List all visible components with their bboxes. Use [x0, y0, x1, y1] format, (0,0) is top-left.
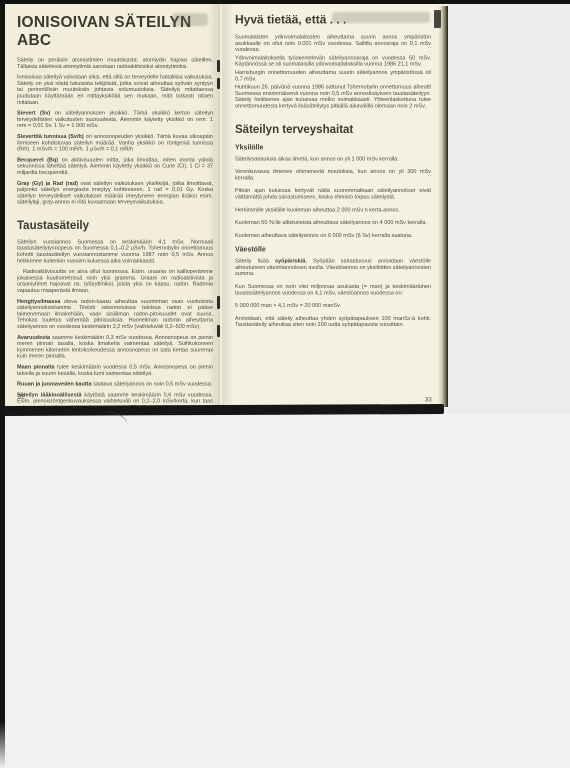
paragraph: Avaruudesta saamme keskimäärin 0,3 mSv v…: [17, 334, 213, 359]
paragraph: Säteilysairauksia alkaa ilmetä, kun anno…: [235, 156, 431, 162]
paragraph-lead: Hengitysilmassa: [17, 298, 60, 304]
paragraph-text: Säteilysairauksia alkaa ilmetä, kun anno…: [235, 156, 399, 162]
left-page: IONISOIVAN SÄTEILYN ABC Säteily on peräi…: [5, 4, 221, 407]
paragraph: Säteily lisää syöpäriskiä. Syöpään saira…: [235, 258, 431, 277]
paragraph: Suomalaisten ydinvoimalaitosten aiheutta…: [235, 34, 431, 53]
binding-mark: [217, 296, 220, 309]
paragraph: Becquerel (Bq) on aktiivisuuden mitta, j…: [17, 157, 213, 176]
subsection-heading-yksilolle: Yksilölle: [235, 143, 431, 151]
section-heading-taustasateily: Taustasäteily: [17, 218, 213, 232]
paragraph: Sievert (Sv) on säteilyannoksen yksikkö.…: [17, 110, 213, 129]
paragraph-lead: Gray (Gy) ja Rad (rad): [17, 180, 78, 186]
paragraph-text: Suomalaisten ydinvoimalaitosten aiheutta…: [235, 34, 431, 53]
paragraph: Verenkuvassa ilmenee ohimeneviä muutoksi…: [235, 169, 431, 182]
paragraph-lead: Maan pinnalta: [17, 364, 55, 370]
paragraph: Säteilyn vuosiannos Suomessa on keskimää…: [17, 239, 213, 264]
paragraph-text: 5 000 000 man × 4,1 mSv = 20 000 manSv.: [235, 303, 341, 309]
paragraph: Radioaktiivisuutta on aina ollut luonnos…: [17, 269, 213, 294]
paragraph-text: Pitkän ajan kuluessa kertyvät näitä suur…: [235, 188, 431, 200]
paragraph-lead: Sieverttiä tunnissa (Sv/h): [17, 133, 84, 139]
paragraph: Ionisoivaa säteilyä valvotaan siksi, ett…: [17, 74, 213, 105]
scan-mark: [434, 10, 441, 28]
paragraph-text: Herkimmille yksilöille kuoleman aiheutta…: [235, 207, 400, 213]
binding-mark: [217, 325, 220, 337]
right-page-text: Hyvä tietää, että . . . Suomalaisten ydi…: [235, 13, 431, 407]
subsection-heading-vaestolle: Väestölle: [235, 245, 431, 253]
scan-smudge: [172, 13, 208, 26]
paragraph: Kuoleman aiheuttava säteilyannos on 6 00…: [235, 232, 431, 238]
right-page: Hyvä tietää, että . . . Suomalaisten ydi…: [221, 4, 443, 407]
paragraph: Harrisburgin onnettomuuden aiheuttama su…: [235, 69, 431, 82]
section-heading-terveyshaitat: Säteilyn terveyshaitat: [235, 122, 431, 136]
paragraph-text: Ydinvoimalaitoksella työskentelevän säte…: [235, 55, 431, 67]
paragraph-lead: Becquerel (Bq): [17, 157, 58, 163]
binding-mark: [217, 78, 220, 89]
book-bottom-edge: [4, 404, 444, 416]
paragraph: Sieverttiä tunnissa (Sv/h) on annosnopeu…: [17, 133, 213, 152]
paragraph-lead: Avaruudesta: [17, 334, 50, 340]
paragraph: Ydinvoimalaitoksella työskentelevän säte…: [235, 55, 431, 68]
paragraph: Gray (Gy) ja Rad (rad) ovat säteilyn vai…: [17, 180, 213, 205]
book-scan: IONISOIVAN SÄTEILYN ABC Säteily on peräi…: [0, 0, 570, 768]
paragraph-text: Kuoleman aiheuttava säteilyannos on 6 00…: [235, 232, 413, 238]
paragraph-lead: Sievert (Sv): [17, 110, 50, 116]
paragraph-text: Harrisburgin onnettomuuden aiheuttama su…: [235, 69, 431, 81]
page-number: 33: [425, 396, 432, 403]
paragraph-text: Radioaktiivisuutta on aina ollut luonnos…: [17, 269, 213, 294]
paragraph-lead: Säteilyn lääkinnällisestä: [17, 392, 82, 398]
paragraph-text: Kun Suomessa on noin viisi miljoonaa asu…: [235, 284, 431, 296]
left-page-text: IONISOIVAN SÄTEILYN ABC Säteily on peräi…: [17, 13, 213, 407]
page-number: 32: [18, 393, 25, 400]
paragraph: Hengitysilmassa oleva radon-kaasu aiheut…: [17, 298, 213, 329]
paragraph-lead: Ruuan ja juomaveden kautta: [17, 381, 92, 387]
paragraph: Säteily on peräisin atomiytimien muutoks…: [17, 57, 213, 70]
paragraph: Maan pinnalta tulee keskimäärin vuodessa…: [17, 364, 213, 377]
paragraph-text: Ionisoivaa säteilyä valvotaan siksi, ett…: [17, 74, 213, 105]
scan-smudge: [332, 12, 430, 23]
paragraph-text: Huhtikuun 26. päivänä vuonna 1986 sattun…: [235, 84, 431, 109]
paragraph-text: Verenkuvassa ilmenee ohimeneviä muutoksi…: [235, 169, 431, 181]
paragraph-text: saatava säteilyannos on noin 0,5 mSv vuo…: [92, 381, 213, 387]
paragraph: Herkimmille yksilöille kuoleman aiheutta…: [235, 207, 431, 213]
page-edge: [438, 6, 448, 407]
paragraph-bold-term: syöpäriskiä.: [275, 258, 307, 264]
paragraph-text: Säteilyn vuosiannos Suomessa on keskimää…: [17, 239, 213, 264]
open-book-spread: IONISOIVAN SÄTEILYN ABC Säteily on peräi…: [5, 4, 443, 407]
scan-top-edge: [0, 0, 570, 4]
paragraph: Huhtikuun 26. päivänä vuonna 1986 sattun…: [235, 84, 431, 109]
paragraph: Arvioidaan, että säteily aiheuttaa yhden…: [235, 315, 431, 328]
paragraph-text: Säteily on peräisin atomiytimien muutoks…: [17, 57, 213, 69]
scan-left-edge: [0, 0, 5, 768]
paragraph-text: Kuoleman 50 %:lle altistuneista aiheutta…: [235, 220, 427, 226]
paragraph: Pitkän ajan kuluessa kertyvät näitä suur…: [235, 188, 431, 201]
binding-mark: [217, 60, 220, 72]
paragraph: Kun Suomessa on noin viisi miljoonaa asu…: [235, 284, 431, 297]
paragraph-text: Arvioidaan, että säteily aiheuttaa yhden…: [235, 315, 431, 327]
scanner-background-bottom: [5, 414, 570, 768]
formula-line: 5 000 000 man × 4,1 mSv = 20 000 manSv.: [235, 303, 431, 309]
paragraph-text: Säteily lisää: [235, 258, 275, 264]
paragraph: Kuoleman 50 %:lle altistuneista aiheutta…: [235, 220, 431, 226]
paragraph: Ruuan ja juomaveden kautta saatava sätei…: [17, 381, 213, 387]
